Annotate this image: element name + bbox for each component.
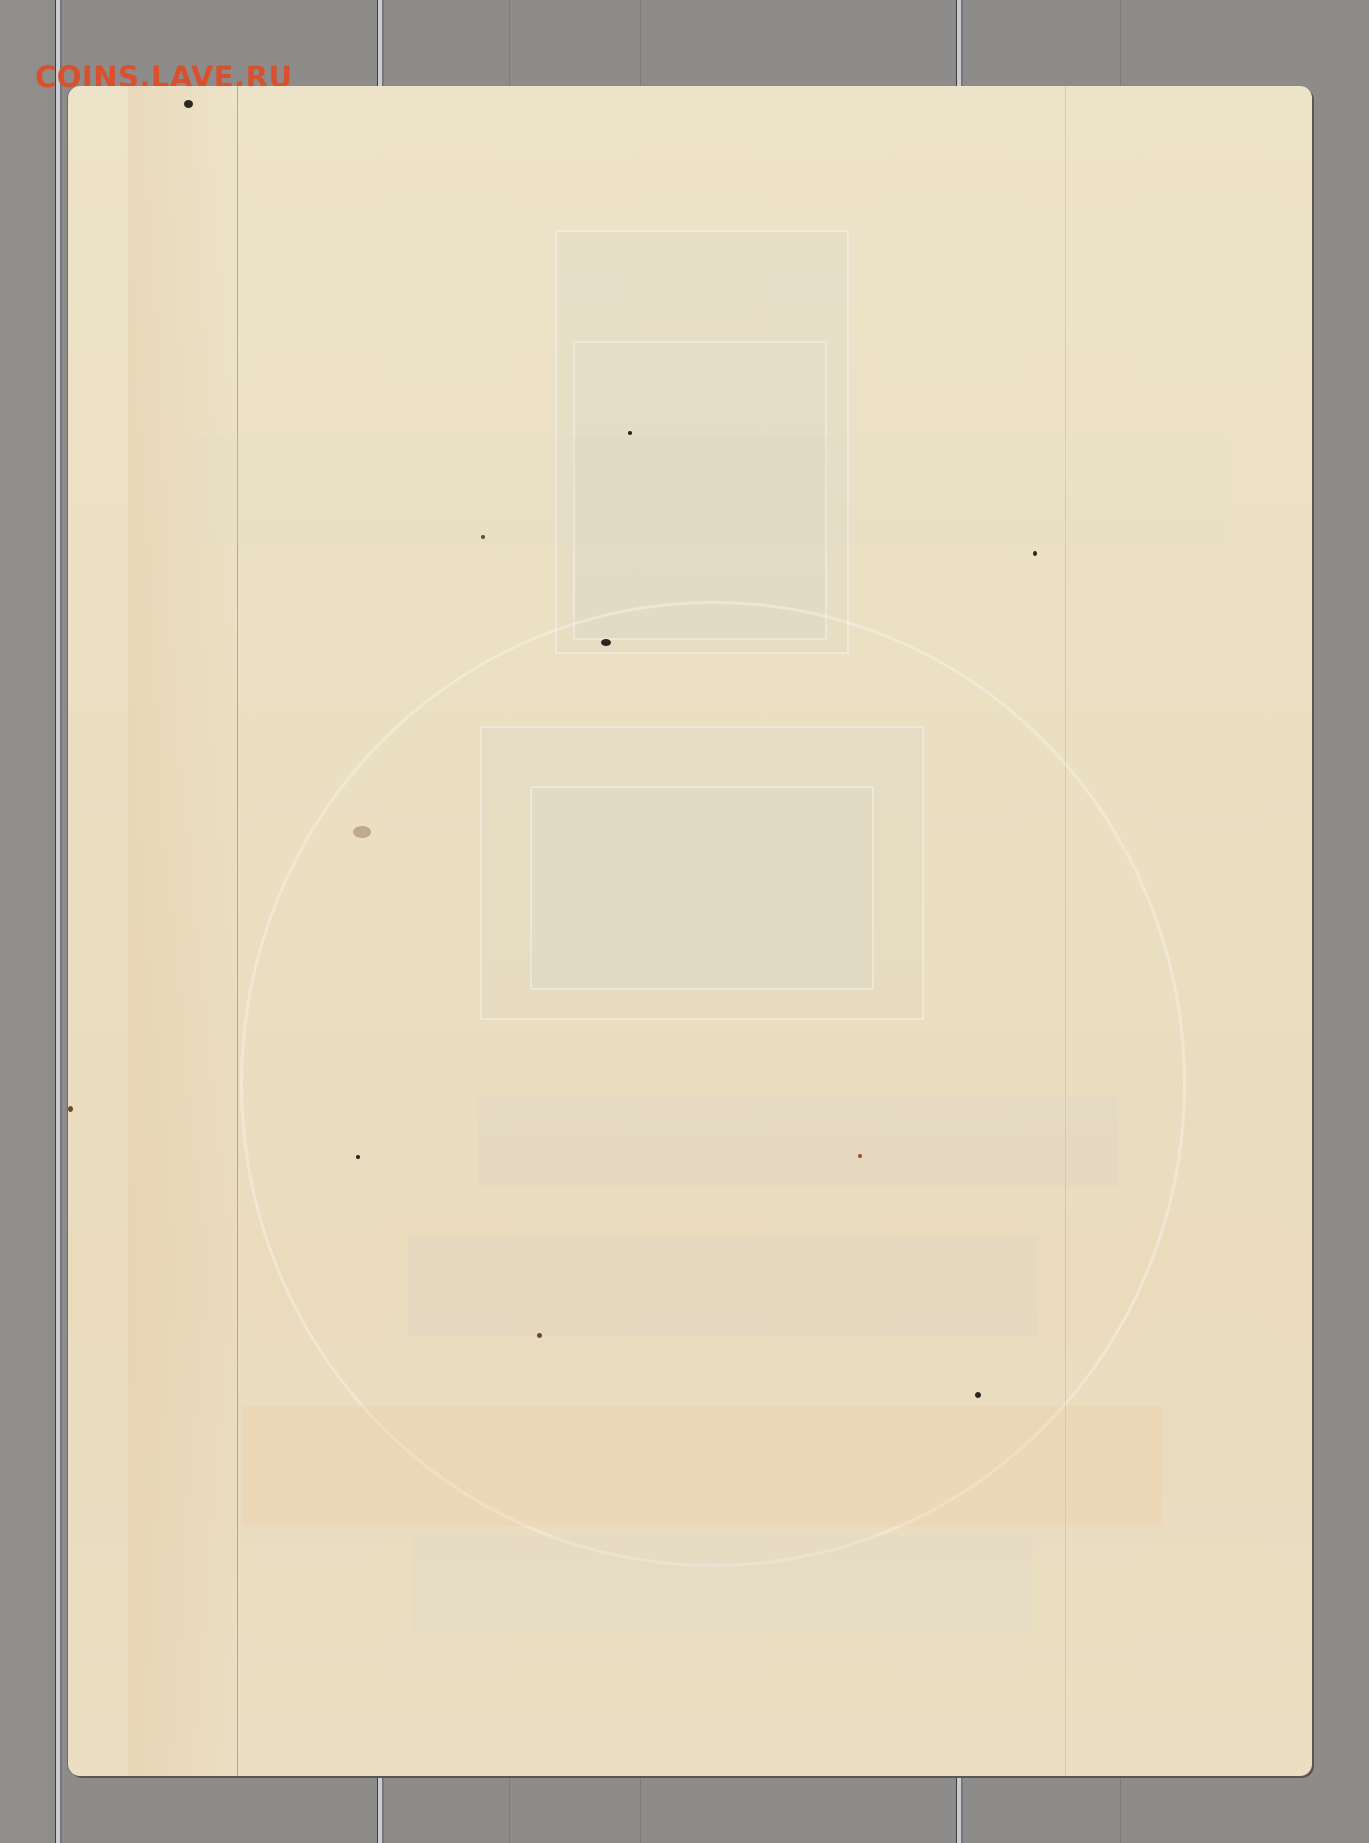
ghost-text-band [188, 436, 1228, 546]
ghost-text-band [413, 1536, 1033, 1631]
speck [858, 1154, 862, 1158]
ghost-stamp-center [530, 786, 874, 990]
paper-stain [128, 86, 238, 1776]
speck [184, 100, 193, 108]
ghost-text-band [243, 1406, 1163, 1526]
album-seam [55, 0, 62, 1843]
ghost-text-band [408, 1236, 1038, 1336]
speck [537, 1333, 542, 1338]
speck [1033, 551, 1037, 556]
fold-line [237, 86, 238, 1776]
speck [601, 639, 611, 646]
ghost-text-band [478, 1096, 1118, 1186]
speck [68, 1106, 73, 1112]
album-panel [0, 0, 60, 1843]
speck [356, 1155, 360, 1159]
souvenir-sheet-reverse [68, 86, 1312, 1776]
speck [628, 431, 632, 435]
speck [481, 535, 485, 539]
stain [353, 826, 371, 838]
speck [975, 1392, 981, 1398]
